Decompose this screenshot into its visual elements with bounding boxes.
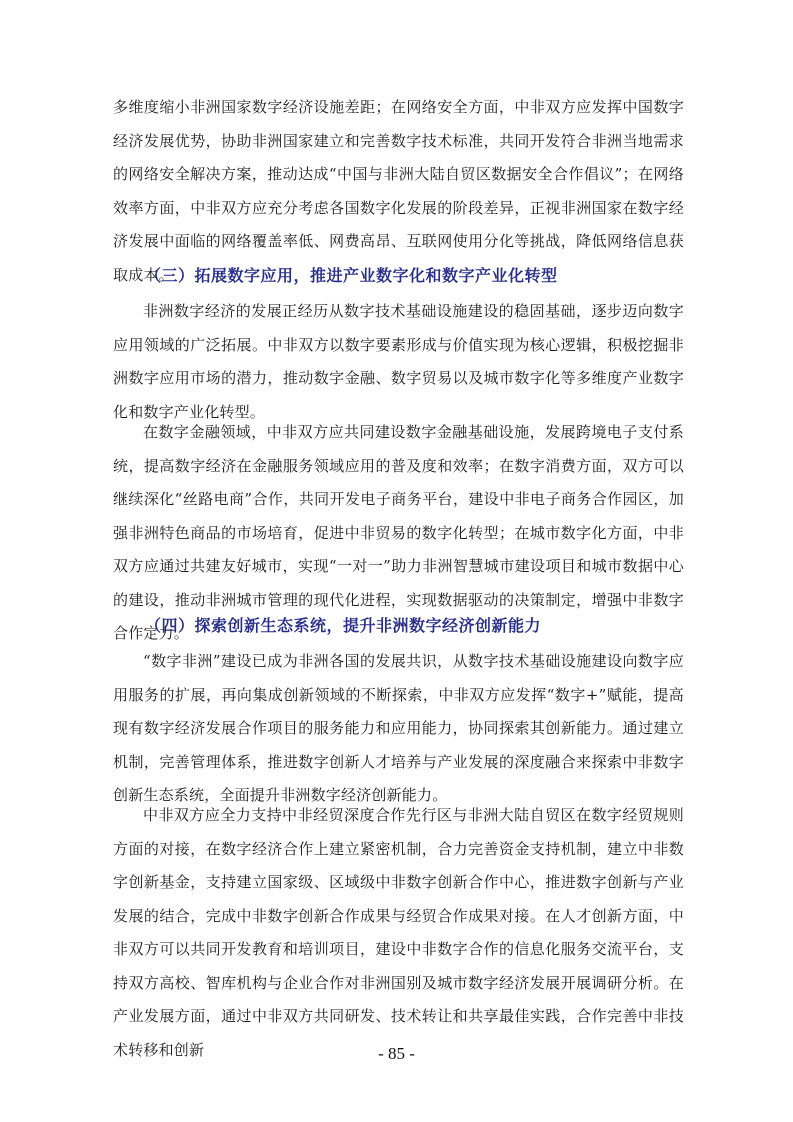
paragraph-innovation-fund-talent-industry: 中非双方应全力支持中非经贸深度合作先行区与非洲大陆自贸区在数字经贸规则方面的对接… bbox=[113, 799, 684, 1067]
paragraph-digital-africa-innovation: “数字非洲”建设已成为非洲各国的发展共识，从数字技术基础设施建设向数字应用服务的… bbox=[113, 645, 684, 813]
section-heading-three: （三）拓展数字应用，推进产业数字化和数字产业化转型 bbox=[113, 259, 684, 293]
document-page: 多维度缩小非洲国家数字经济设施差距；在网络安全方面，中非双方应发挥中国数字经济发… bbox=[0, 0, 793, 1122]
page-number: - 85 - bbox=[0, 1043, 793, 1065]
section-heading-four: （四）探索创新生态系统，提升非洲数字经济创新能力 bbox=[113, 609, 684, 643]
paragraph-digital-application-overview: 非洲数字经济的发展正经历从数字技术基础设施建设的稳固基础，逐步迈向数字应用领域的… bbox=[113, 295, 684, 429]
